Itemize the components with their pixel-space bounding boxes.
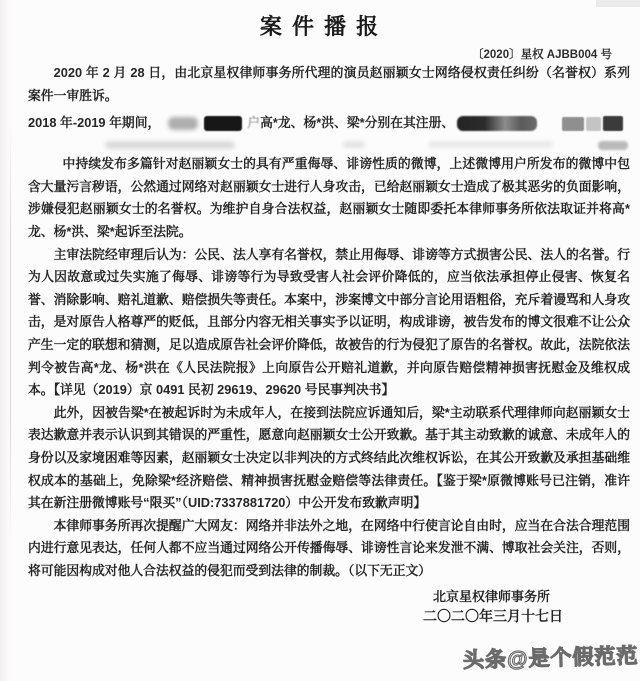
paragraph-court-opinion: 主审法院经审理后认为：公民、法人享有名誉权，禁止用侮辱、诽谤等方式损害公民、法人… [28, 244, 630, 402]
document-number: 〔2020〕星权 AJBB004 号 [28, 48, 630, 62]
signature-block: 北京星权律师事务所 二〇二〇年三月十七日 [28, 588, 630, 626]
redaction-black-box [204, 116, 242, 131]
redacted-partial-character: 户 [247, 112, 260, 135]
paragraph-minor-defendant: 此外，因被告梁*在被起诉时为未成年人，在接到法院应诉通知后，梁*主动联系代理律师… [28, 402, 630, 515]
redaction-blur-long [457, 116, 537, 131]
case-bulletin-document: 案 件 播 报 〔2020〕星权 AJBB004 号 2020 年 2 月 28… [0, 0, 640, 681]
redaction-box-gray [562, 117, 584, 131]
blurred-remnant [105, 141, 235, 149]
erased-text-line [28, 136, 630, 153]
redacted-line-names: 高*龙、杨*洪、梁*分别在其注册、 [260, 112, 454, 135]
document-title: 案 件 播 报 [0, 0, 640, 41]
redacted-line: 2018 年-2019 年期间， 户 高*龙、杨*洪、梁*分别在其注册、 [28, 112, 630, 135]
toutiao-watermark: 头条@是个假范范 [462, 640, 638, 675]
document-body: 〔2020〕星权 AJBB004 号 2020 年 2 月 28 日，由北京星权… [0, 48, 640, 626]
blurred-remnant [428, 141, 553, 148]
redaction-blur-small [168, 117, 198, 130]
photo-crease-line [10, 120, 11, 540]
redaction-box-dark [603, 116, 623, 131]
photo-corner-artifact [596, 0, 640, 7]
blurred-remnant [598, 141, 628, 150]
redaction-box-light [586, 117, 601, 131]
signature-date: 二〇二〇年三月十七日 [28, 606, 630, 626]
redacted-line-prefix: 2018 年-2019 年期间， [28, 112, 160, 135]
paragraph-public-reminder: 本律师事务所再次提醒广大网友：网络并非法外之地，在网络中行使言论自由时，应当在合… [28, 515, 630, 583]
paragraph-allegations: 中持续发布多篇针对赵丽颖女士的具有严重侮辱、诽谤性质的微博，上述微博用户所发布的… [28, 153, 630, 243]
signature-firm-name: 北京星权律师事务所 [28, 588, 630, 606]
blurred-remnant [343, 141, 365, 148]
paragraph-intro: 2020 年 2 月 28 日，由北京星权律师事务所代理的演员赵丽颖女士网络侵权… [28, 62, 630, 107]
